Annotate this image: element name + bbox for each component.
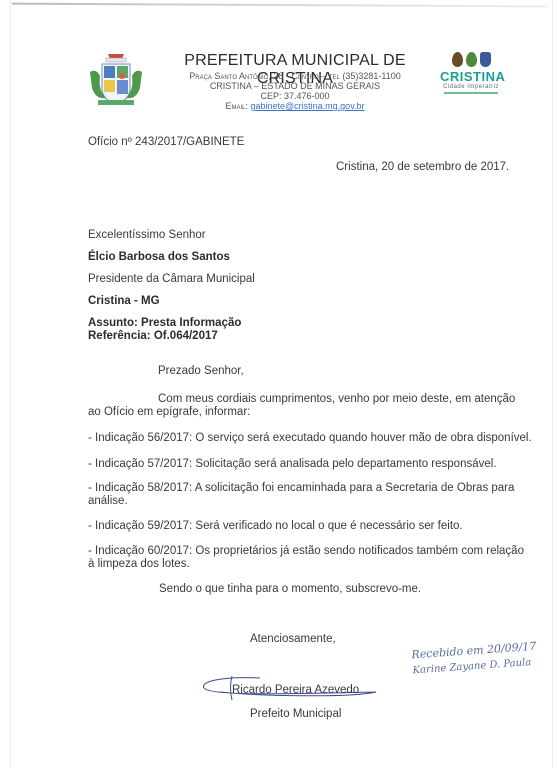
date-line: Cristina, 20 de setembro de 2017.	[336, 161, 509, 173]
reference-line: Referência: Of.064/2017	[88, 330, 218, 342]
intro-line-2: ao Ofício em epígrafe, informar:	[88, 406, 250, 418]
signer-name: Ricardo Pereira Azevedo	[232, 684, 359, 696]
closing: Atenciosamente,	[250, 633, 336, 645]
office-reference-number: Ofício nº 243/2017/GABINETE	[88, 136, 244, 148]
city-line: CRISTINA – ESTADO DE MINAS GERAIS	[150, 81, 440, 91]
leaf-icon	[466, 52, 477, 67]
coffee-bean-icon	[452, 52, 463, 67]
indication-item: - Indicação 59/2017: Será verificado no …	[88, 520, 463, 532]
indication-item-continuation: análise.	[88, 495, 128, 507]
hand-icon	[480, 52, 491, 67]
email-line: Email: gabinete@cristina.mg.gov.br	[150, 101, 440, 111]
greeting: Prezado Senhor,	[158, 365, 244, 377]
cep-line: CEP: 37.476-000	[150, 91, 440, 101]
intro-line-1: Com meus cordiais cumprimentos, venho po…	[158, 393, 515, 405]
brand-underline	[444, 92, 498, 94]
recipient-name: Élcio Barbosa dos Santos	[88, 251, 230, 263]
address-line: Praça Santo Antônio, 28 - Centro – tel (…	[150, 71, 440, 81]
indication-item: - Indicação 58/2017: A solicitação foi e…	[88, 482, 514, 494]
brand-name: CRISTINA	[440, 69, 502, 84]
recipient-role: Presidente da Câmara Municipal	[88, 273, 255, 285]
email-link[interactable]: gabinete@cristina.mg.gov.br	[251, 101, 365, 111]
scan-edge	[12, 3, 548, 8]
indication-item-continuation: à limpeza dos lotes.	[88, 558, 190, 570]
closing-sentence: Sendo o que tinha para o momento, subscr…	[159, 583, 421, 595]
signer-title: Prefeito Municipal	[250, 708, 341, 720]
subject-line: Assunto: Presta Informação	[88, 317, 241, 329]
brand-icons	[440, 52, 502, 67]
brand-tagline: Cidade Imperatriz	[440, 84, 502, 90]
email-label: Email:	[225, 101, 248, 111]
scan-edge-left	[10, 0, 11, 768]
coat-of-arms-icon	[86, 50, 146, 112]
scan-edge-right	[552, 0, 553, 768]
handwritten-receipt-note: Recebido em 20/09/17 Karine Zayane D. Pa…	[411, 639, 538, 680]
indication-item: - Indicação 60/2017: Os proprietários já…	[88, 545, 524, 557]
city-brand-logo: CRISTINA Cidade Imperatriz	[440, 52, 502, 108]
salutation-title: Excelentíssimo Senhor	[88, 229, 206, 241]
recipient-location: Cristina - MG	[88, 295, 160, 307]
indication-item: - Indicação 57/2017: Solicitação será an…	[88, 458, 497, 470]
indication-item: - Indicação 56/2017: O serviço será exec…	[88, 432, 532, 444]
